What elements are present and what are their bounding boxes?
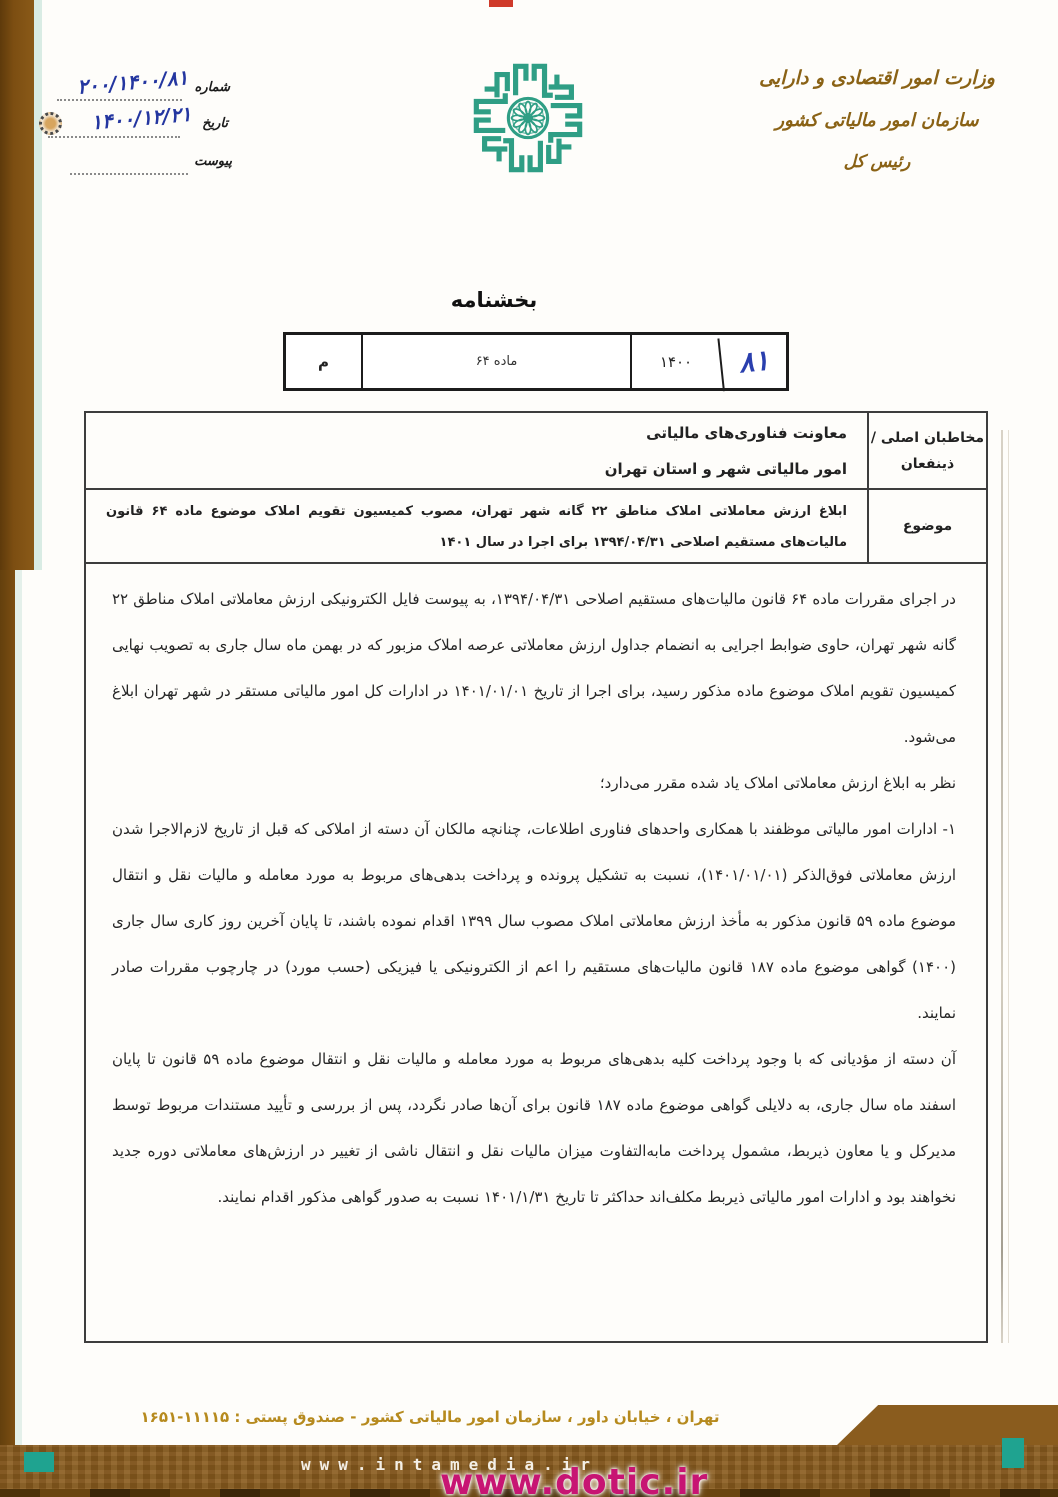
subject-label-text: موضوع bbox=[903, 513, 952, 539]
circular-body: در اجرای مقررات ماده ۶۴ قانون مالیات‌های… bbox=[86, 564, 986, 1220]
audience-label: مخاطبان اصلی / ذینفعان bbox=[867, 413, 986, 488]
ref-year-cell: ۱۴۰۰ bbox=[630, 335, 720, 388]
footer-po-box: ۱۶۵۱-۱۱۱۱۵ bbox=[141, 1408, 230, 1426]
seal-stamp-icon bbox=[39, 112, 62, 135]
audience-label-line2: ذینفعان bbox=[901, 451, 954, 477]
ref-type-cell: م bbox=[286, 335, 361, 388]
footer-brown-corner bbox=[836, 1405, 1058, 1446]
tax-organization-logo-icon bbox=[466, 56, 590, 180]
paragraph-1: در اجرای مقررات ماده ۶۴ قانون مالیات‌های… bbox=[112, 576, 956, 760]
subject-row: موضوع ابلاغ ارزش معاملاتی املاک مناطق ۲۲… bbox=[86, 490, 986, 564]
audience-line2: امور مالیاتی شهر و استان تهران bbox=[106, 451, 847, 487]
date-dotted-line bbox=[48, 135, 180, 138]
binding-strip-bottom bbox=[0, 570, 15, 1497]
audience-content: معاونت فناوری‌های مالیاتی امور مالیاتی ش… bbox=[86, 413, 867, 488]
footer-address-text: تهران ، خیابان داور ، سازمان امور مالیات… bbox=[229, 1408, 719, 1426]
subject-text: ابلاغ ارزش معاملاتی املاک مناطق ۲۲ گانه … bbox=[106, 496, 847, 558]
dotic-watermark: www.dotic.ir bbox=[440, 1462, 708, 1497]
number-label: شماره bbox=[195, 80, 230, 95]
letterhead-fields: شماره ۲۰۰/۱۴۰۰/۸۱ تاریخ ۱۴۰۰/۱۲/۲۱ پیوست bbox=[40, 64, 250, 194]
audience-line1: معاونت فناوری‌های مالیاتی bbox=[106, 415, 847, 451]
audience-label-line1: مخاطبان اصلی / bbox=[871, 425, 984, 451]
reference-strip: ۸۱ ۱۴۰۰ ماده ۶۴ م bbox=[283, 332, 789, 391]
circular-title: بخشنامه bbox=[0, 288, 988, 312]
ministry-name: وزارت امور اقتصادی و دارایی bbox=[712, 56, 1042, 100]
number-dotted-line bbox=[57, 98, 182, 101]
number-handwritten-value: ۲۰۰/۱۴۰۰/۸۱ bbox=[76, 65, 189, 99]
red-registration-mark bbox=[489, 0, 513, 7]
scan-artifact-line bbox=[1008, 430, 1009, 1343]
date-label: تاریخ bbox=[202, 116, 228, 131]
paragraph-4: آن دسته از مؤدیانی که با وجود پرداخت کلی… bbox=[112, 1036, 956, 1220]
teal-accent-right bbox=[1002, 1438, 1024, 1468]
attachment-dotted-line bbox=[70, 172, 188, 175]
office-name: رئیس کل bbox=[712, 142, 1042, 182]
paragraph-3: ۱- ادارات امور مالیاتی موظفند با همکاری … bbox=[112, 806, 956, 1036]
scan-artifact-line bbox=[1001, 430, 1003, 1343]
organization-header: وزارت امور اقتصادی و دارایی سازمان امور … bbox=[712, 56, 1042, 182]
binding-strip-top bbox=[0, 0, 34, 570]
scanned-tax-circular-page: شماره ۲۰۰/۱۴۰۰/۸۱ تاریخ ۱۴۰۰/۱۲/۲۱ پیوست bbox=[0, 0, 1058, 1497]
ref-number-cell: ۸۱ bbox=[717, 332, 788, 392]
teal-accent-left bbox=[24, 1452, 54, 1472]
agency-name: سازمان امور مالیاتی کشور bbox=[712, 100, 1042, 142]
attachment-label: پیوست bbox=[194, 154, 232, 169]
subject-label: موضوع bbox=[867, 490, 986, 562]
paragraph-2: نظر به ابلاغ ارزش معاملاتی املاک یاد شده… bbox=[112, 760, 956, 806]
ref-article-cell: ماده ۶۴ bbox=[361, 335, 630, 388]
binding-teal-edge-bottom bbox=[15, 570, 22, 1497]
subject-content: ابلاغ ارزش معاملاتی املاک مناطق ۲۲ گانه … bbox=[86, 490, 867, 562]
audience-row: مخاطبان اصلی / ذینفعان معاونت فناوری‌های… bbox=[86, 413, 986, 490]
circular-content-box: مخاطبان اصلی / ذینفعان معاونت فناوری‌های… bbox=[84, 411, 988, 1343]
date-handwritten-value: ۱۴۰۰/۱۲/۲۱ bbox=[91, 102, 193, 135]
footer-address: تهران ، خیابان داور ، سازمان امور مالیات… bbox=[30, 1408, 830, 1426]
